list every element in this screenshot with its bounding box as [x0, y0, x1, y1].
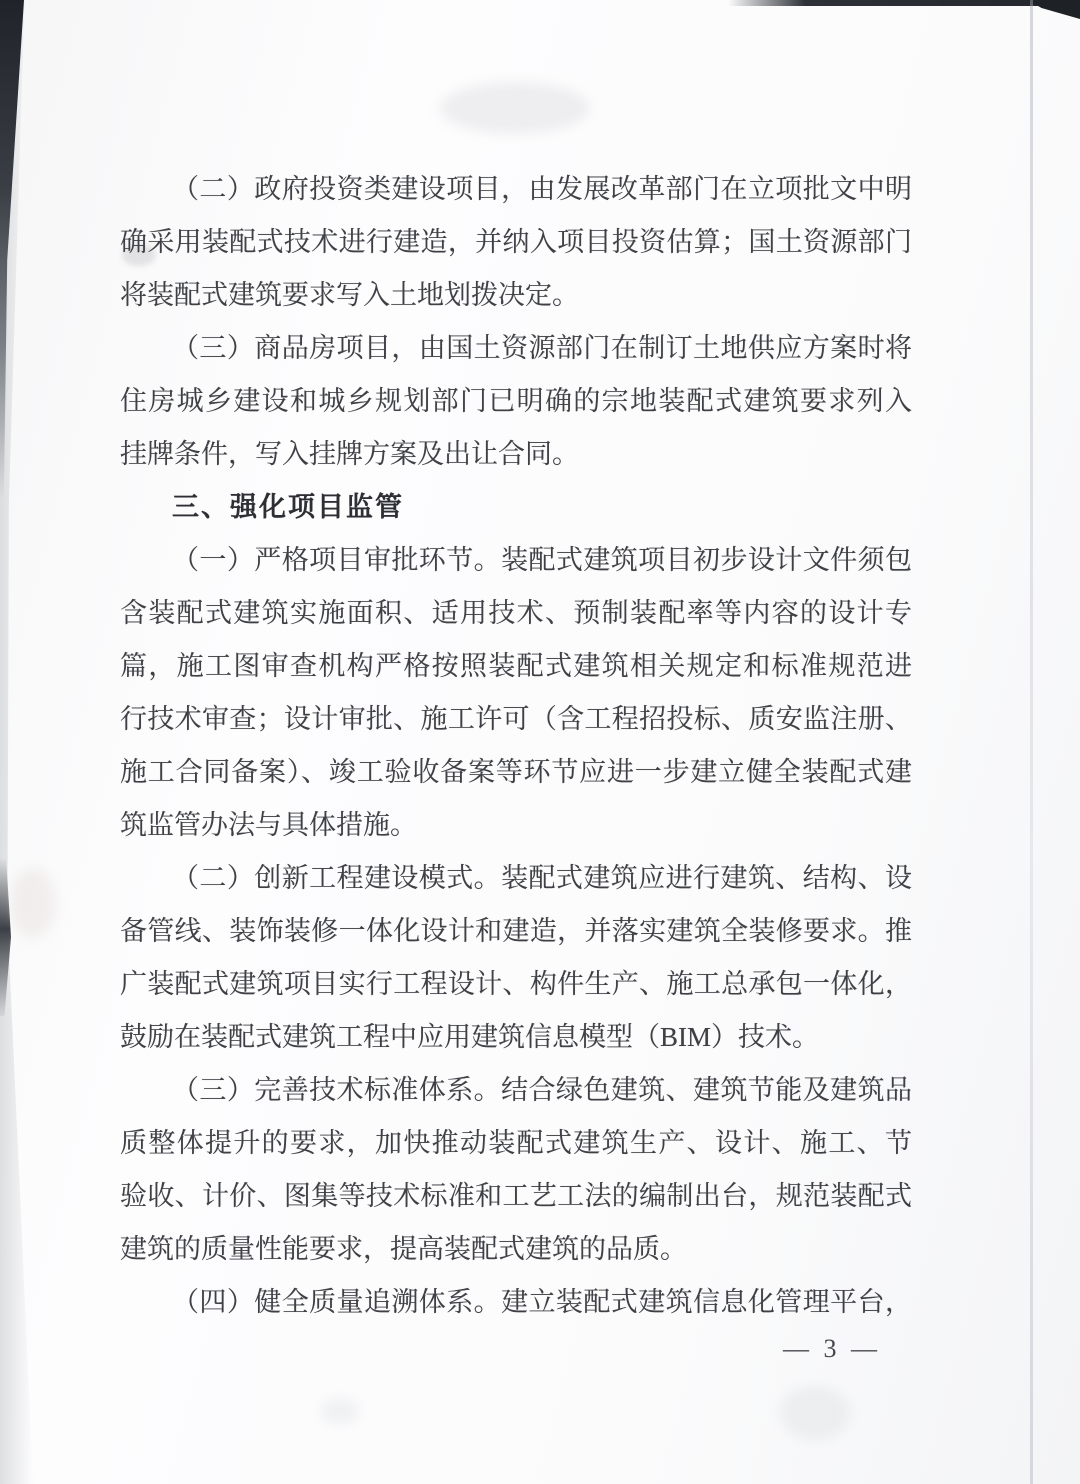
text-line: （三）完善技术标准体系。结合绿色建筑、建筑节能及建筑品 [120, 1064, 912, 1117]
section-heading: 三、强化项目监管 [120, 481, 912, 534]
text-line: （二）创新工程建设模式。装配式建筑应进行建筑、结构、设 [120, 852, 912, 905]
text-line: （一）严格项目审批环节。装配式建筑项目初步设计文件须包 [120, 534, 912, 587]
text-line: 篇，施工图审查机构严格按照装配式建筑相关规定和标准规范进 [120, 640, 912, 693]
text-line: 质整体提升的要求，加快推动装配式建筑生产、设计、施工、节点、 [120, 1117, 912, 1170]
scan-fold-line [1030, 0, 1033, 1484]
text-line: （二）政府投资类建设项目，由发展改革部门在立项批文中明 [120, 163, 912, 216]
text-line: （四）健全质量追溯体系。建立装配式建筑信息化管理平台，强 [120, 1276, 912, 1329]
text-line: （三）商品房项目，由国土资源部门在制订土地供应方案时将 [120, 322, 912, 375]
text-line: 施工合同备案）、竣工验收备案等环节应进一步建立健全装配式建 [120, 746, 912, 799]
document-page: （二）政府投资类建设项目，由发展改革部门在立项批文中明 确采用装配式技术进行建造… [0, 0, 1080, 1484]
page-number: — 3 — [772, 1334, 892, 1364]
text-line: 行技术审查；设计审批、施工许可（含工程招投标、质安监注册、 [120, 693, 912, 746]
scan-corner-top-right [1028, 0, 1080, 19]
text-line: 备管线、装饰装修一体化设计和建造，并落实建筑全装修要求。推 [120, 905, 912, 958]
text-line: 确采用装配式技术进行建造，并纳入项目投资估算；国土资源部门 [120, 216, 912, 269]
text-line: 含装配式建筑实施面积、适用技术、预制装配率等内容的设计专 [120, 587, 912, 640]
text-line: 筑监管办法与具体措施。 [120, 799, 912, 852]
document-body: （二）政府投资类建设项目，由发展改革部门在立项批文中明 确采用装配式技术进行建造… [120, 163, 912, 1329]
text-line: 鼓励在装配式建筑工程中应用建筑信息模型（BIM）技术。 [120, 1011, 912, 1064]
scan-smudge [780, 1386, 850, 1440]
scan-edge-left [0, 0, 34, 1484]
text-line: 住房城乡建设和城乡规划部门已明确的宗地装配式建筑要求列入 [120, 375, 912, 428]
scan-edge-left-dark [0, 0, 24, 500]
text-line: 验收、计价、图集等技术标准和工艺工法的编制出台，规范装配式 [120, 1170, 912, 1223]
scan-edge-left-wedge [0, 858, 11, 1016]
scan-smudge [320, 1398, 360, 1424]
scan-smudge [440, 82, 590, 134]
text-line: 建筑的质量性能要求，提高装配式建筑的品质。 [120, 1223, 912, 1276]
text-line: 挂牌条件，写入挂牌方案及出让合同。 [120, 428, 912, 481]
text-line: 广装配式建筑项目实行工程设计、构件生产、施工总承包一体化， [120, 958, 912, 1011]
scan-smudge [10, 868, 56, 938]
text-line: 将装配式建筑要求写入土地划拨决定。 [120, 269, 912, 322]
scan-edge-top [728, 0, 1080, 6]
